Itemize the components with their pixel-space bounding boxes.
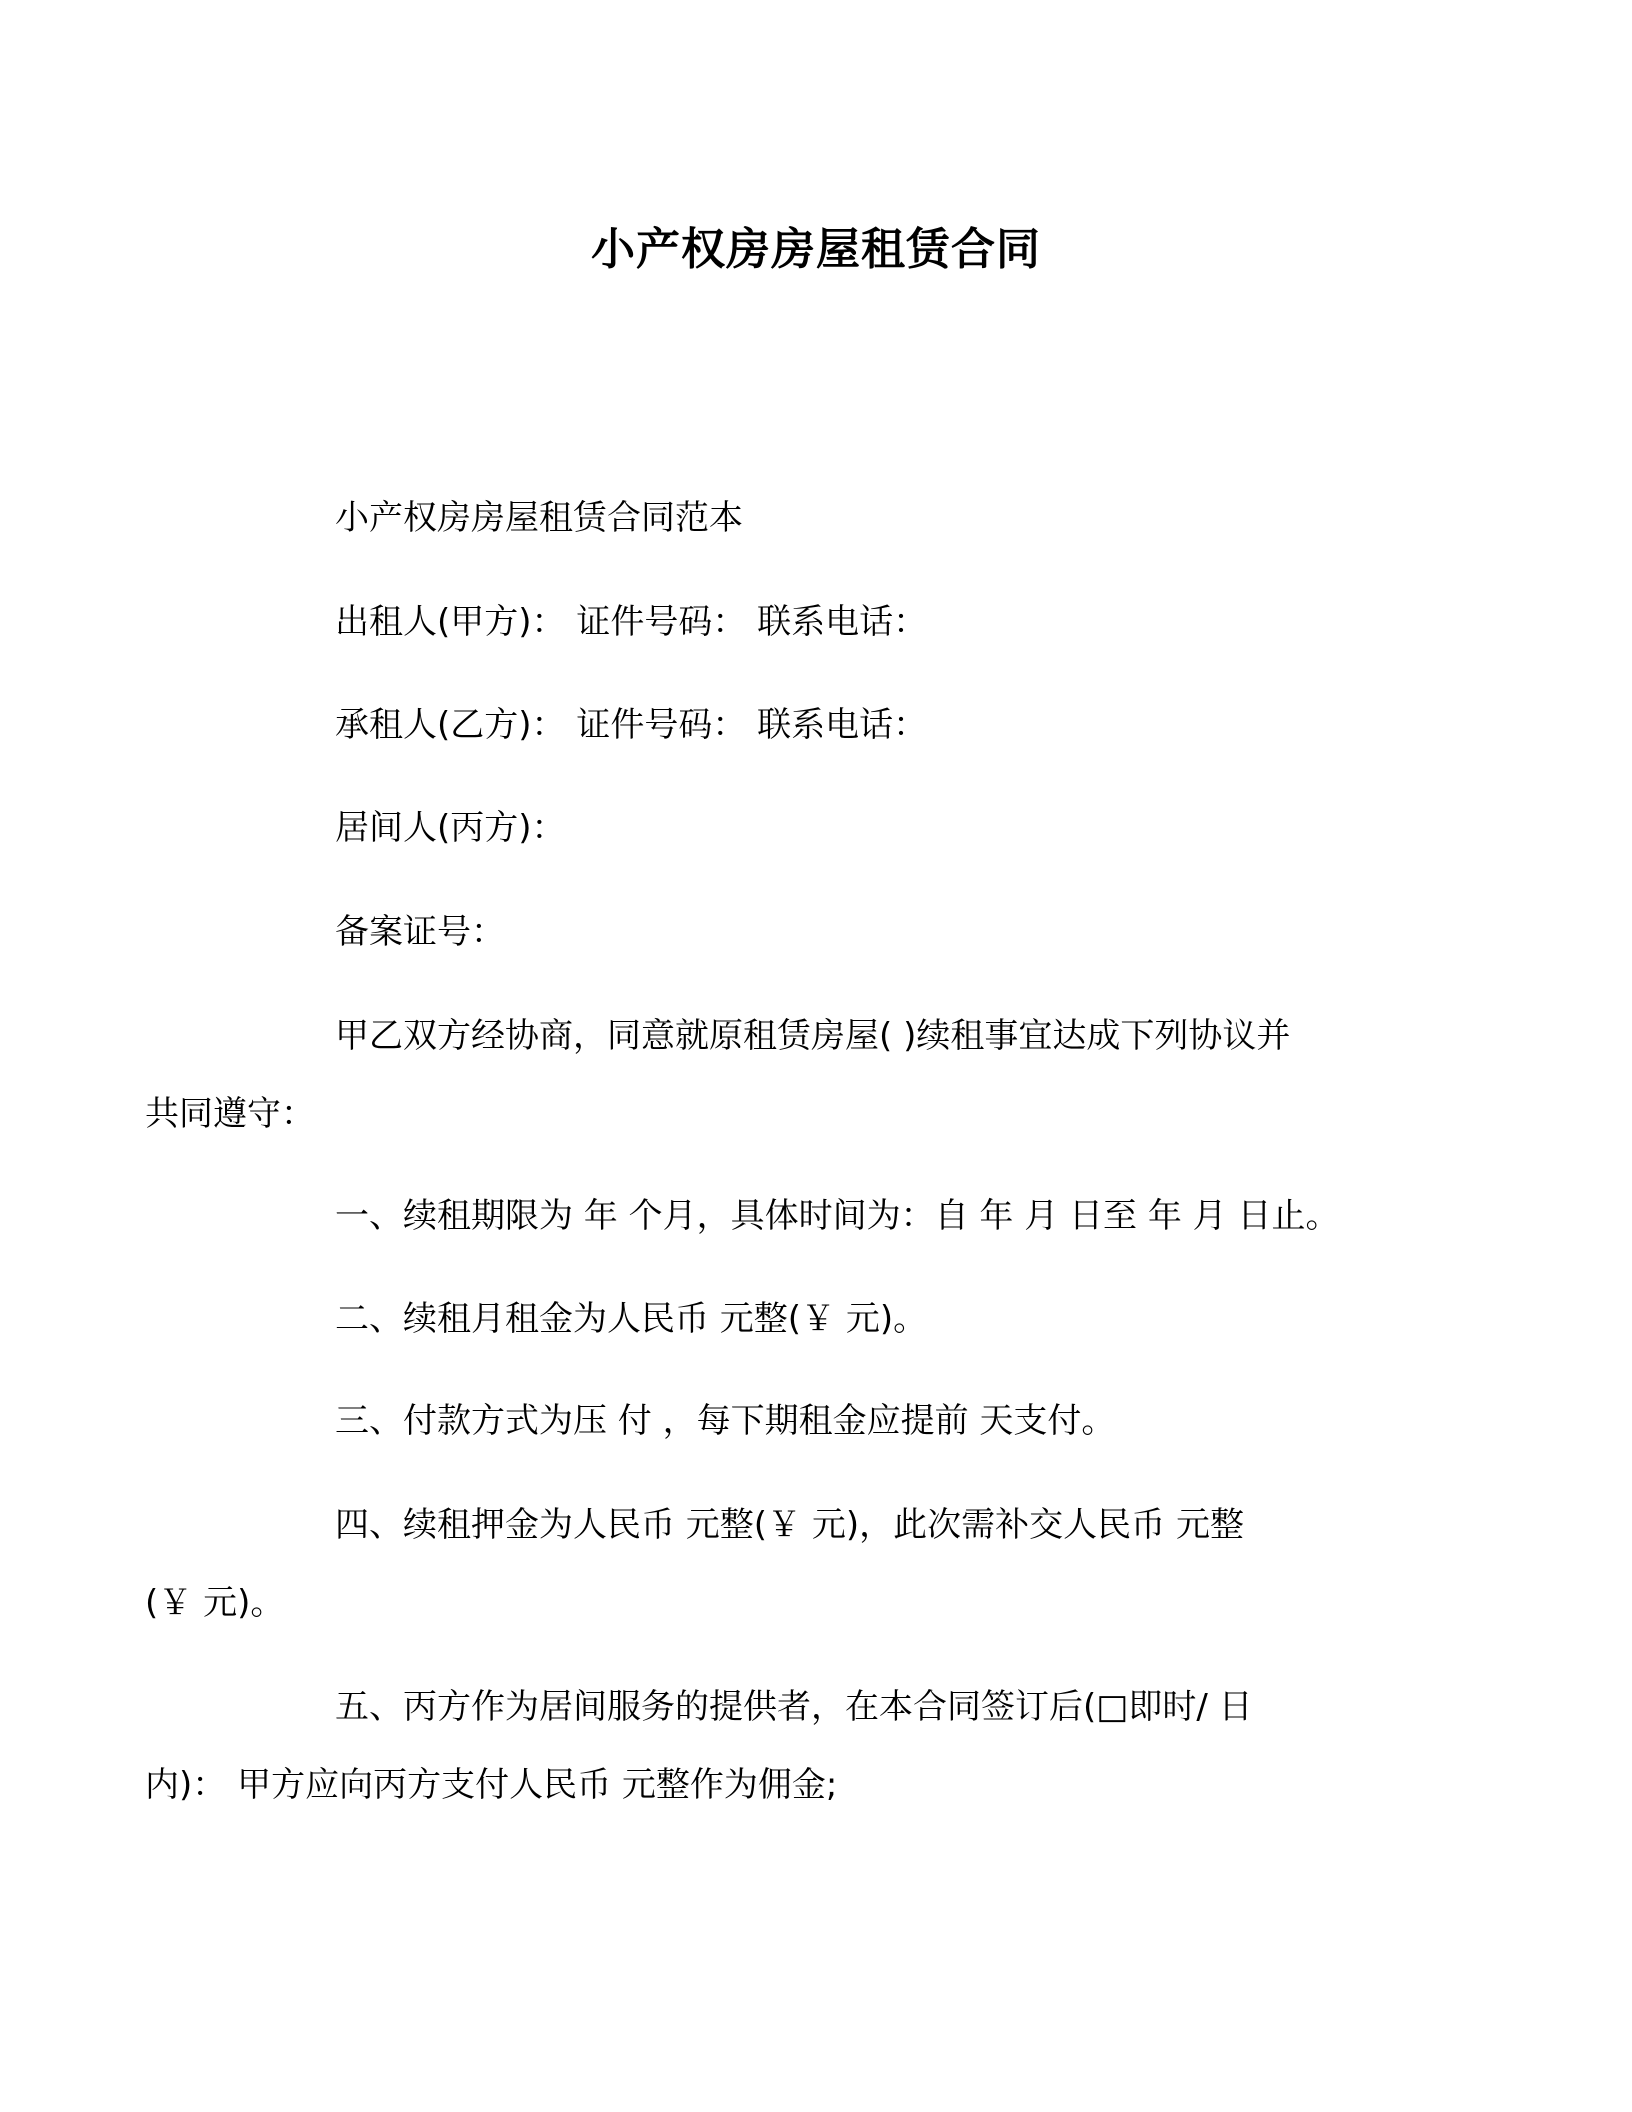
lessee-line: 承租人(乙方)： 证件号码： 联系电话： bbox=[240, 686, 1400, 764]
clause-2: 二、续租月租金为人民币 元整(￥ 元)。 bbox=[240, 1280, 1400, 1358]
filing-number-line: 备案证号： bbox=[240, 893, 1400, 971]
preamble-paragraph: 甲乙双方经协商，同意就原租赁房屋( )续租事宜达成下列协议并 共同遵守： bbox=[240, 997, 1400, 1153]
clause-3-line-1: 三、付款方式为压 付 ，每下期租金应提前 天支付。 bbox=[240, 1382, 1400, 1460]
clause-1: 一、续租期限为 年 个月，具体时间为：自 年 月 日至 年 月 日止。 bbox=[240, 1177, 1400, 1255]
lessor-text: 出租人(甲方)： 证件号码： 联系电话： bbox=[240, 583, 1400, 661]
filing-number-text: 备案证号： bbox=[240, 893, 1400, 971]
clause-5: 五、丙方作为居间服务的提供者，在本合同签订后(□即时/ 日 内)： 甲方应向丙方… bbox=[240, 1668, 1400, 1824]
preamble-line-1: 甲乙双方经协商，同意就原租赁房屋( )续租事宜达成下列协议并 bbox=[240, 997, 1400, 1075]
intermediary-line: 居间人(丙方)： bbox=[240, 789, 1400, 867]
clause-5-line-2: 内)： 甲方应向丙方支付人民币 元整作为佣金; bbox=[145, 1746, 1400, 1824]
clause-4-line-1: 四、续租押金为人民币 元整(￥ 元)，此次需补交人民币 元整 bbox=[240, 1486, 1400, 1564]
subtitle-text: 小产权房房屋租赁合同范本 bbox=[240, 479, 1400, 557]
intermediary-text: 居间人(丙方)： bbox=[240, 789, 1400, 867]
clause-5-line-1: 五、丙方作为居间服务的提供者，在本合同签订后(□即时/ 日 bbox=[240, 1668, 1400, 1746]
document-page: 小产权房房屋租赁合同 小产权房房屋租赁合同范本 出租人(甲方)： 证件号码： 联… bbox=[0, 0, 1632, 2112]
document-subtitle: 小产权房房屋租赁合同范本 bbox=[240, 479, 1400, 557]
document-title: 小产权房房屋租赁合同 bbox=[0, 220, 1632, 280]
clause-3: 三、付款方式为压 付 ，每下期租金应提前 天支付。 bbox=[240, 1382, 1400, 1460]
clause-4-line-2: (￥ 元)。 bbox=[145, 1564, 1400, 1642]
lessee-text: 承租人(乙方)： 证件号码： 联系电话： bbox=[240, 686, 1400, 764]
clause-1-line-1: 一、续租期限为 年 个月，具体时间为：自 年 月 日至 年 月 日止。 bbox=[240, 1177, 1400, 1255]
clause-2-line-1: 二、续租月租金为人民币 元整(￥ 元)。 bbox=[240, 1280, 1400, 1358]
clause-4: 四、续租押金为人民币 元整(￥ 元)，此次需补交人民币 元整 (￥ 元)。 bbox=[240, 1486, 1400, 1642]
preamble-line-2: 共同遵守： bbox=[145, 1075, 1400, 1153]
lessor-line: 出租人(甲方)： 证件号码： 联系电话： bbox=[240, 583, 1400, 661]
